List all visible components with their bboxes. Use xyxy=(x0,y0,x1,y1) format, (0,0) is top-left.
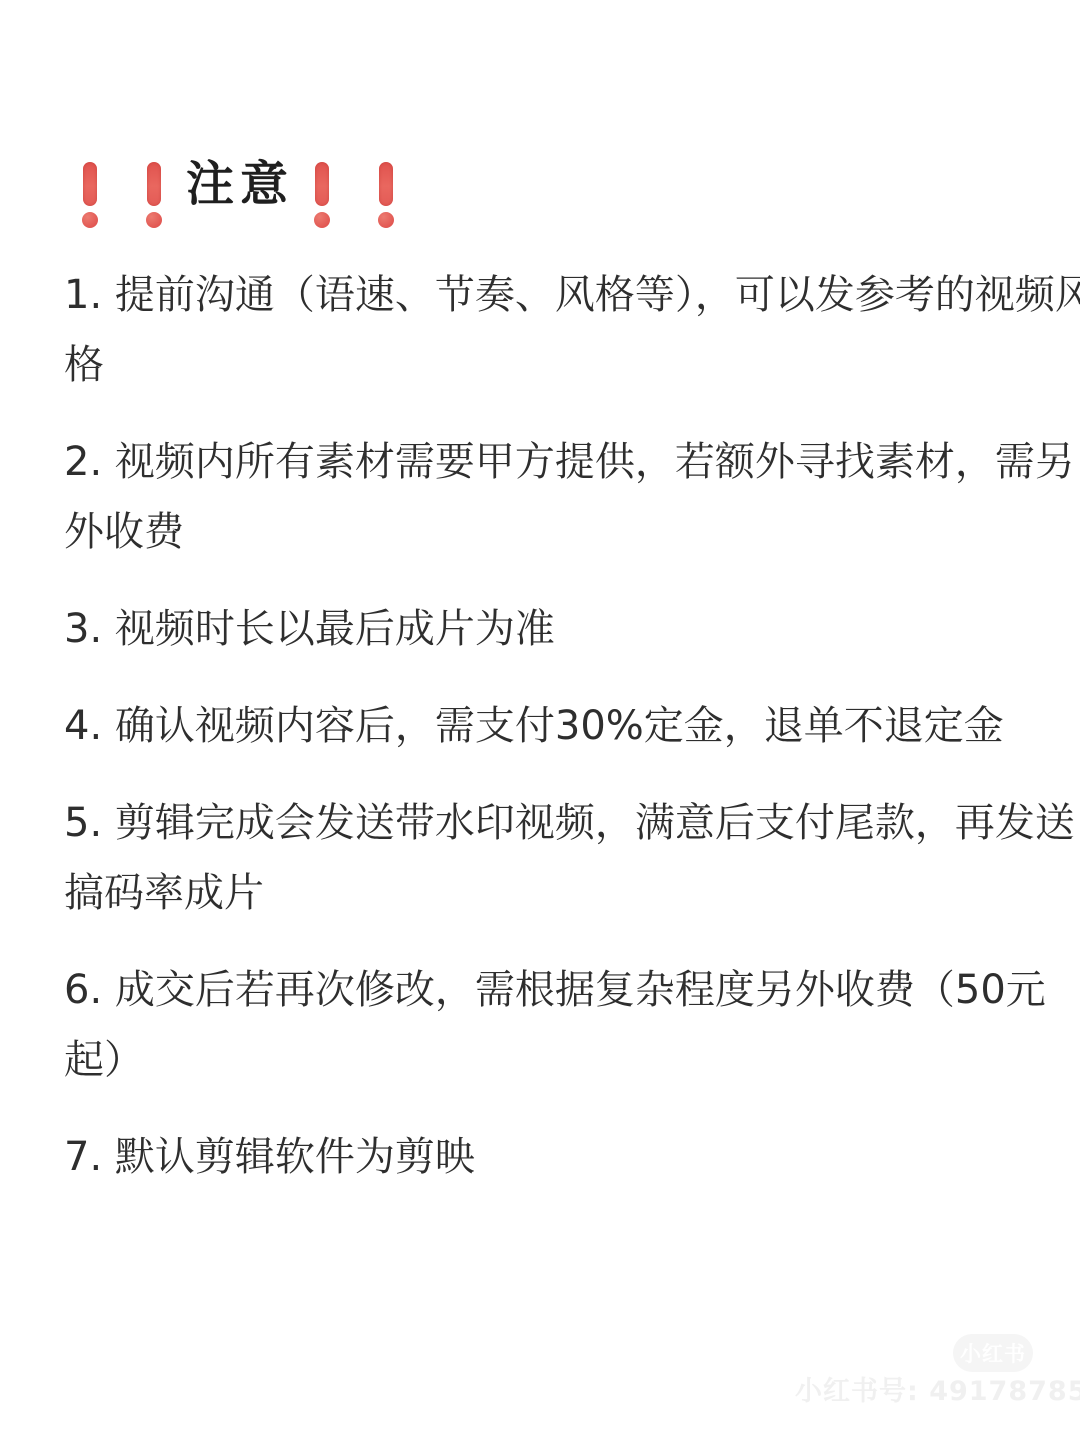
notice-page: 注意 1. 提前沟通（语速、节奏、风格等），可以发参考的视频风 格 2. 视频内… xyxy=(0,0,1080,1440)
exclamation-dot xyxy=(82,212,98,228)
list-item: 3. 视频时长以最后成片为准 xyxy=(64,594,1050,664)
list-item-text: 5. 剪辑完成会发送带水印视频，满意后支付尾款，再发送 xyxy=(64,788,1050,858)
list-item-text: 格 xyxy=(64,330,1050,400)
list-item-text: 外收费 xyxy=(64,497,1050,567)
exclamation-icon xyxy=(146,162,162,228)
exclamation-bar xyxy=(379,162,393,206)
exclamation-bar xyxy=(315,162,329,206)
list-item-text: 6. 成交后若再次修改，需根据复杂程度另外收费（50元 xyxy=(64,955,1050,1025)
watermark-account-id: 小红书号: 491787853 xyxy=(795,1376,1080,1408)
list-item-text: 2. 视频内所有素材需要甲方提供，若额外寻找素材，需另 xyxy=(64,427,1050,497)
page-title: 注意 xyxy=(0,0,1080,236)
exclamation-icon xyxy=(82,162,98,228)
list-item: 2. 视频内所有素材需要甲方提供，若额外寻找素材，需另 外收费 xyxy=(64,427,1050,567)
list-item: 7. 默认剪辑软件为剪映 xyxy=(64,1122,1050,1192)
notice-list: 1. 提前沟通（语速、节奏、风格等），可以发参考的视频风 格 2. 视频内所有素… xyxy=(0,236,1080,1192)
exclamation-dot xyxy=(146,212,162,228)
exclamation-bar xyxy=(83,162,97,206)
list-item-text: 1. 提前沟通（语速、节奏、风格等），可以发参考的视频风 xyxy=(64,260,1050,330)
exclamation-dot xyxy=(314,212,330,228)
exclamation-dot xyxy=(378,212,394,228)
list-item: 6. 成交后若再次修改，需根据复杂程度另外收费（50元 起） xyxy=(64,955,1050,1095)
list-item-text: 3. 视频时长以最后成片为准 xyxy=(64,594,1050,664)
list-item: 1. 提前沟通（语速、节奏、风格等），可以发参考的视频风 格 xyxy=(64,260,1050,400)
xiaohongshu-watermark-badge: 小红书 xyxy=(953,1334,1033,1372)
exclamation-icon xyxy=(314,162,330,228)
page-title-text: 注意 xyxy=(186,154,294,214)
exclamation-icon xyxy=(378,162,394,228)
list-item-text: 7. 默认剪辑软件为剪映 xyxy=(64,1122,1050,1192)
list-item-text: 4. 确认视频内容后，需支付30%定金，退单不退定金 xyxy=(64,691,1050,761)
list-item: 5. 剪辑完成会发送带水印视频，满意后支付尾款，再发送 搞码率成片 xyxy=(64,788,1050,928)
xiaohongshu-logo: 小红书 xyxy=(960,1338,1026,1368)
list-item-text: 起） xyxy=(64,1025,1050,1095)
list-item-text: 搞码率成片 xyxy=(64,858,1050,928)
list-item: 4. 确认视频内容后，需支付30%定金，退单不退定金 xyxy=(64,691,1050,761)
exclamation-bar xyxy=(147,162,161,206)
